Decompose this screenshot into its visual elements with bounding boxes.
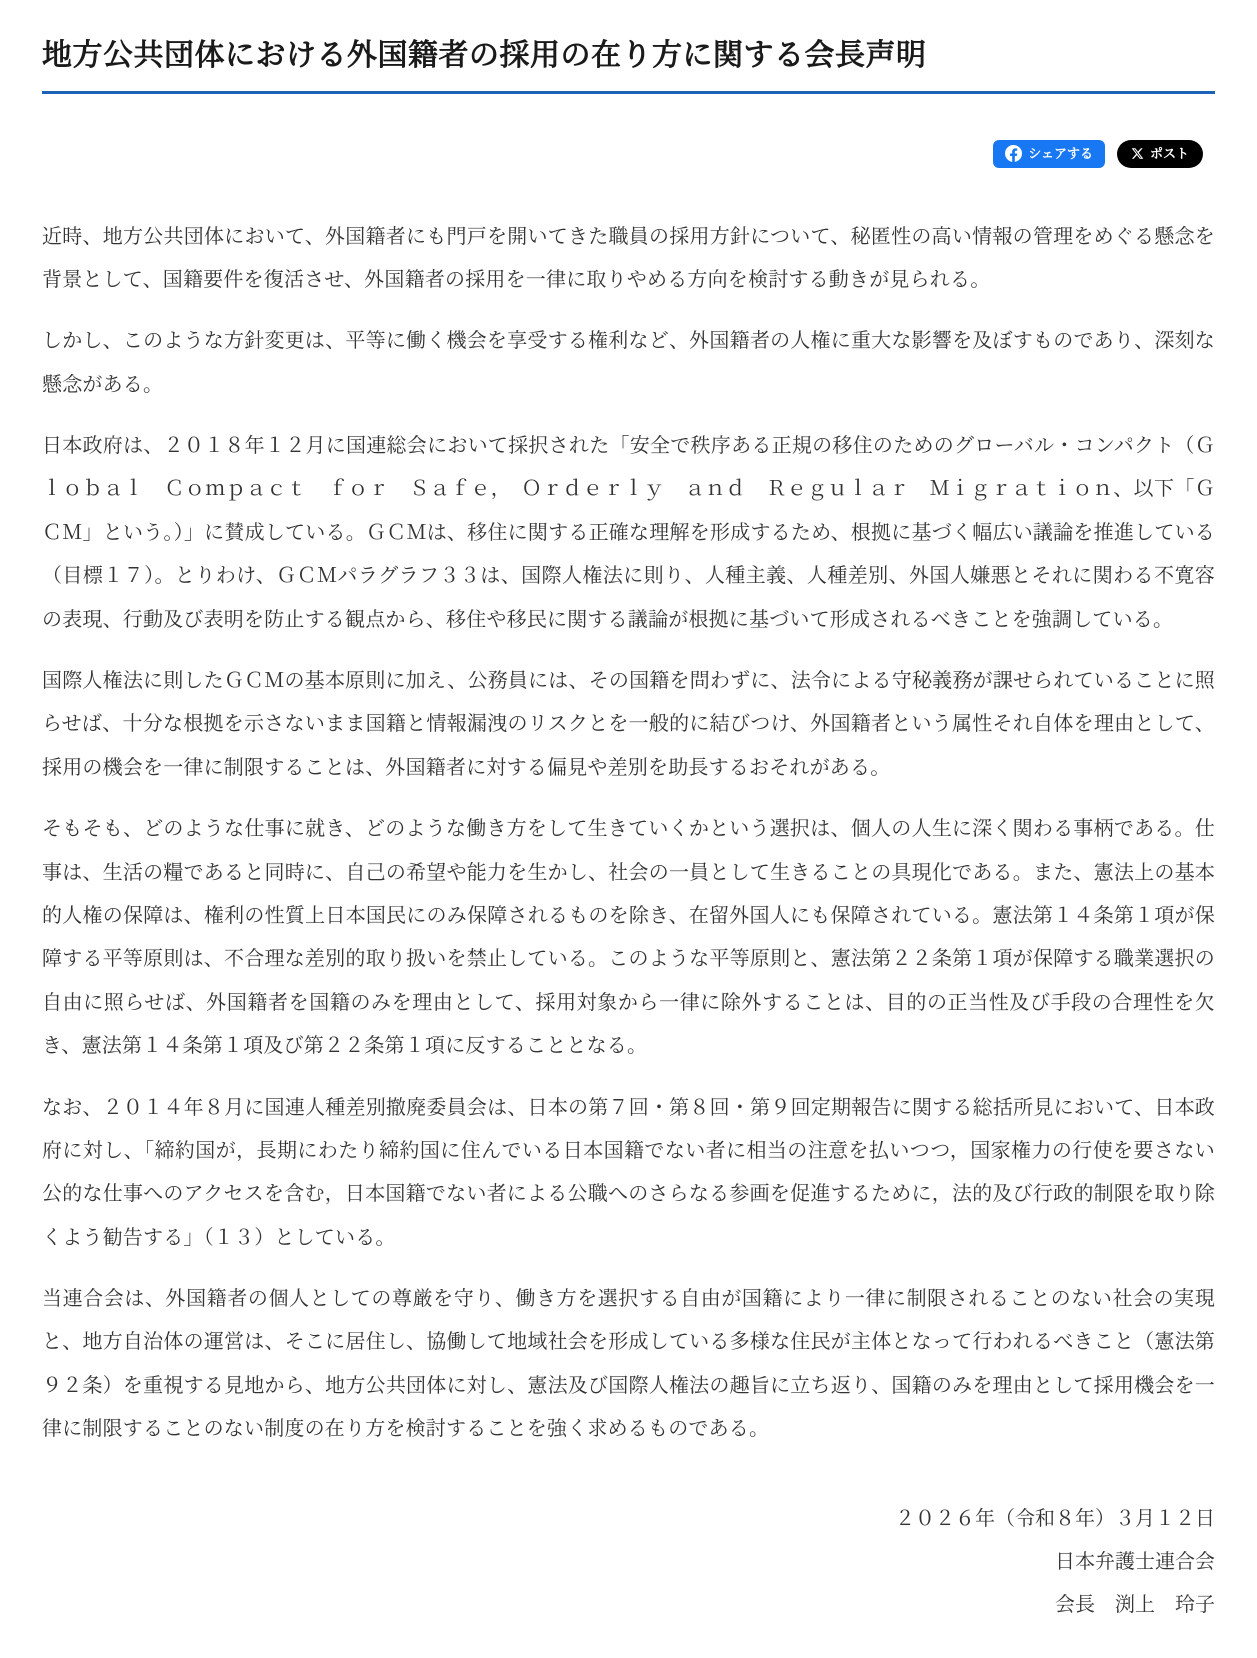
statement-date: ２０２６年（令和８年）３月１２日	[42, 1498, 1215, 1541]
share-buttons: シェアする ポスト	[42, 140, 1203, 168]
president-name: 会長 渕上 玲子	[42, 1584, 1215, 1627]
facebook-share-button[interactable]: シェアする	[993, 140, 1105, 168]
statement-page: 地方公共団体における外国籍者の採用の在り方に関する会長声明 シェアする ポスト …	[0, 0, 1257, 1658]
statement-paragraph: そもそも、どのような仕事に就き、どのような働き方をして生きていくかという選択は、…	[42, 808, 1215, 1068]
statement-paragraph: 当連合会は、外国籍者の個人としての尊厳を守り、働き方を選択する自由が国籍により一…	[42, 1278, 1215, 1452]
statement-paragraph: しかし、このような方針変更は、平等に働く機会を享受する権利など、外国籍者の人権に…	[42, 320, 1215, 407]
signature-block: ２０２６年（令和８年）３月１２日 日本弁護士連合会 会長 渕上 玲子	[42, 1498, 1215, 1628]
statement-body: 近時、地方公共団体において、外国籍者にも門戸を開いてきた職員の採用方針について、…	[42, 216, 1215, 1452]
organization-name: 日本弁護士連合会	[42, 1541, 1215, 1584]
x-post-label: ポスト	[1150, 147, 1189, 160]
statement-paragraph: なお、２０１４年８月に国連人種差別撤廃委員会は、日本の第７回・第８回・第９回定期…	[42, 1087, 1215, 1261]
statement-paragraph: 近時、地方公共団体において、外国籍者にも門戸を開いてきた職員の採用方針について、…	[42, 216, 1215, 303]
title-divider	[42, 91, 1215, 94]
x-post-button[interactable]: ポスト	[1117, 140, 1203, 168]
page-title: 地方公共団体における外国籍者の採用の在り方に関する会長声明	[42, 34, 1215, 78]
facebook-share-label: シェアする	[1028, 147, 1093, 160]
facebook-circle-f-icon	[1005, 145, 1022, 162]
statement-paragraph: 国際人権法に則したＧＣＭの基本原則に加え、公務員には、その国籍を問わずに、法令に…	[42, 660, 1215, 790]
statement-paragraph: 日本政府は、２０１８年１２月に国連総会において採択された「安全で秩序ある正規の移…	[42, 425, 1215, 642]
x-logo-icon	[1131, 147, 1144, 160]
